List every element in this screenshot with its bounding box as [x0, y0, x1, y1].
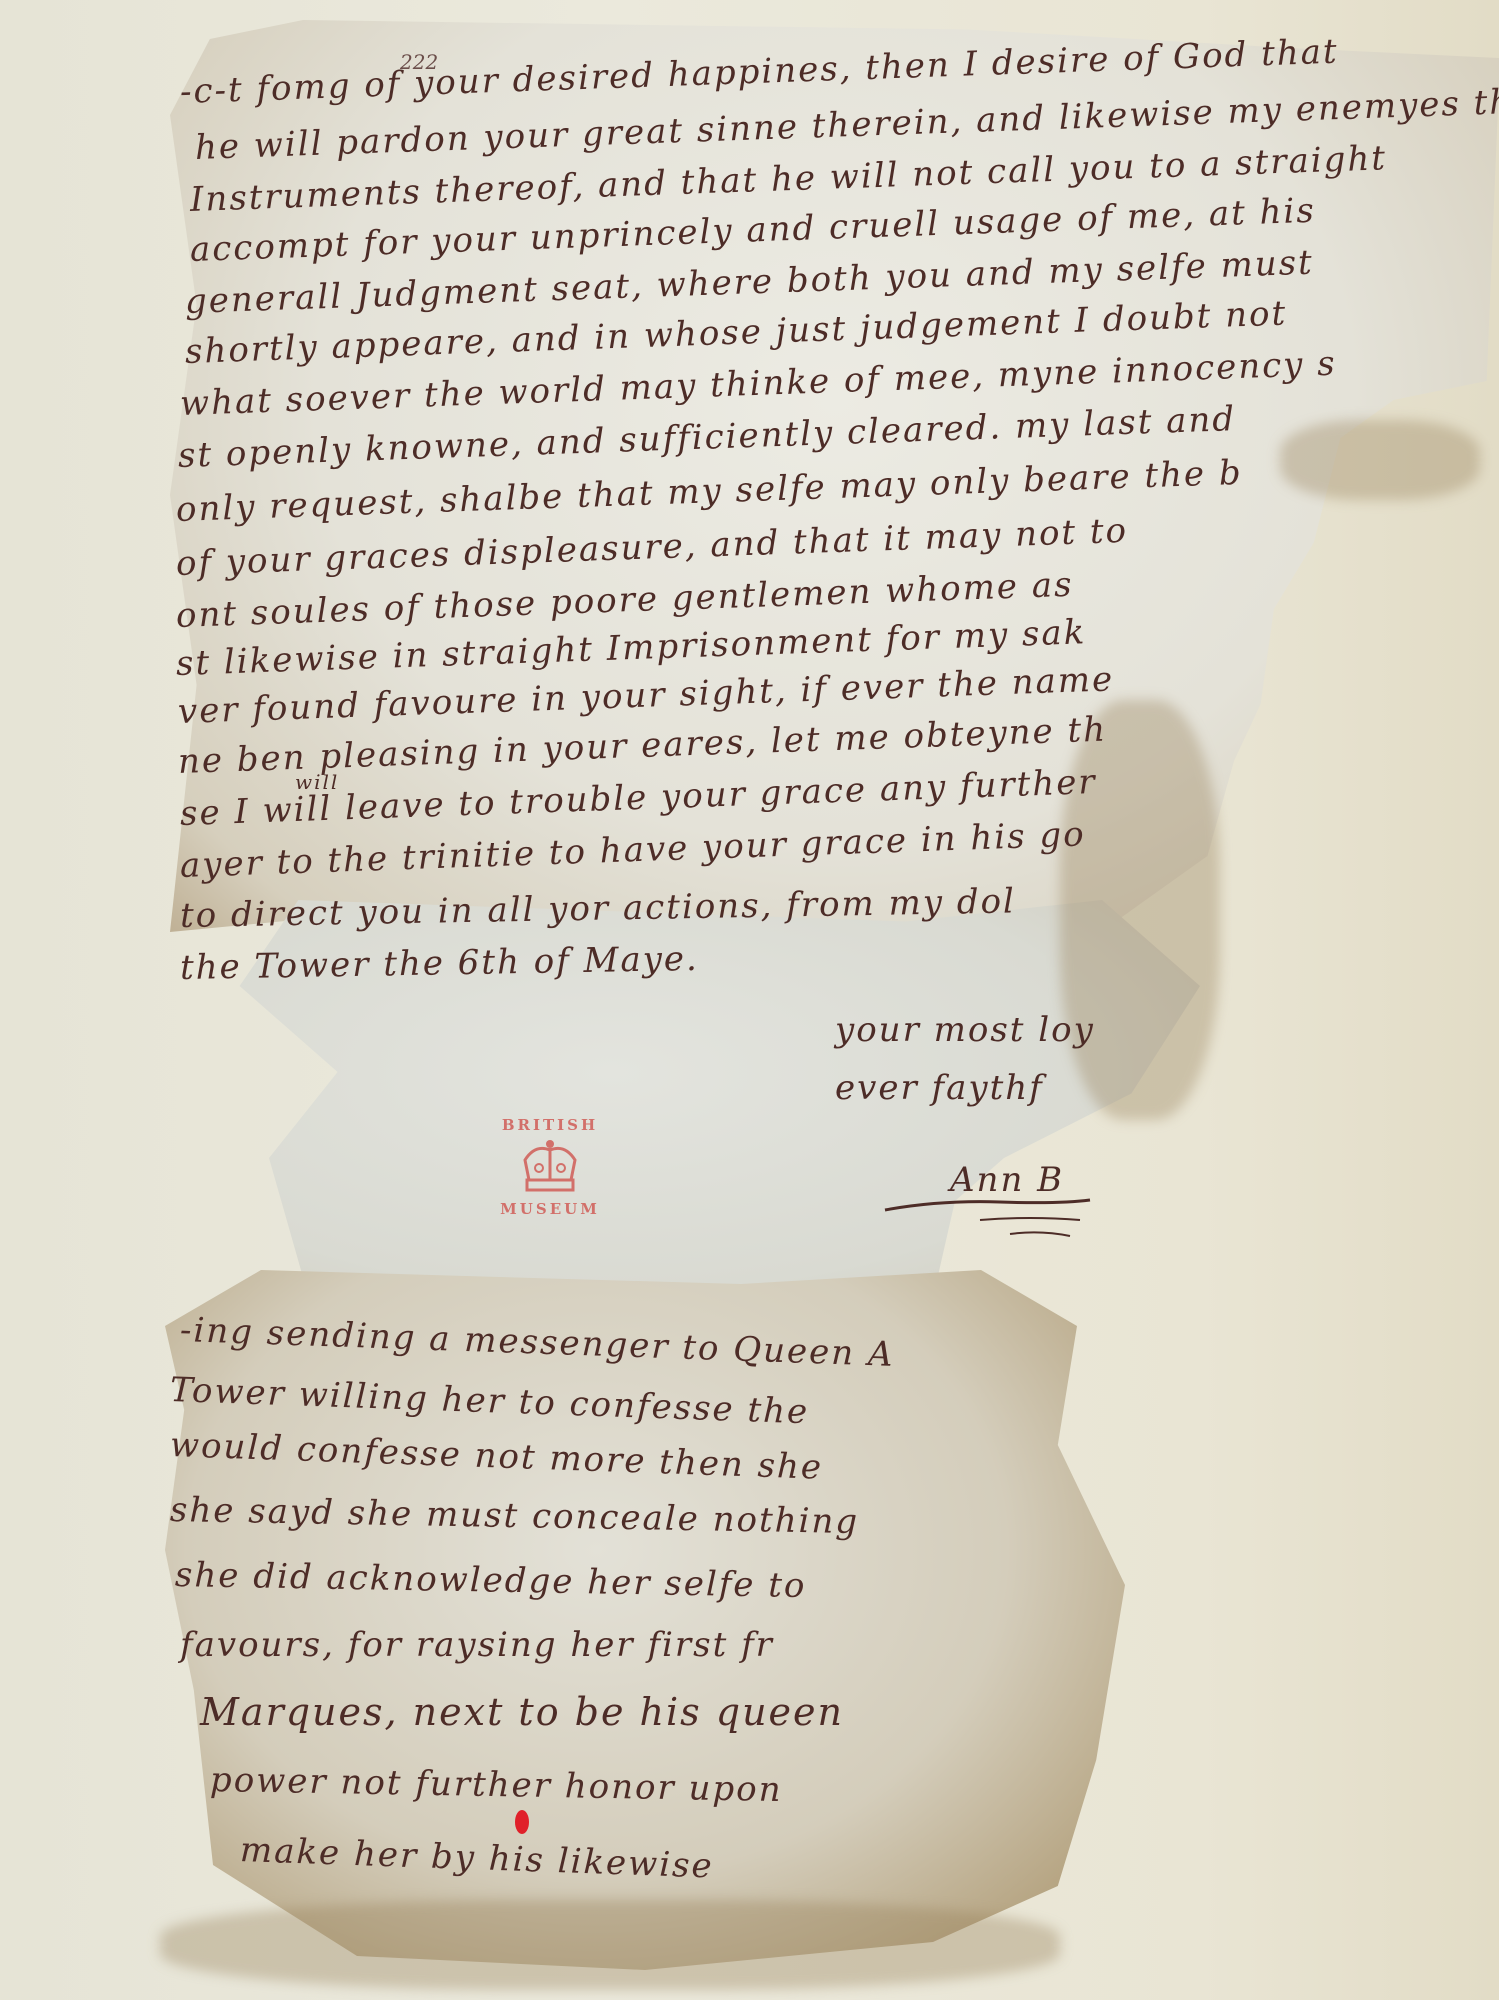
closing-line: your most loy [835, 1010, 1095, 1050]
text-line: Marques, next to be his queen [200, 1690, 844, 1734]
text-line: favours, for raysing her first fr [180, 1625, 774, 1665]
water-stain [160, 1900, 1060, 1990]
stamp-top-text: BRITISH [470, 1116, 630, 1134]
british-museum-stamp: BRITISH MUSEUM [470, 1110, 630, 1240]
signature-flourish [880, 1190, 1100, 1250]
closing-line: ever faythf [835, 1068, 1044, 1108]
red-wax-mark [515, 1810, 529, 1834]
crown-icon [515, 1136, 585, 1198]
water-stain [1280, 420, 1480, 500]
stamp-bottom-text: MUSEUM [470, 1200, 630, 1218]
